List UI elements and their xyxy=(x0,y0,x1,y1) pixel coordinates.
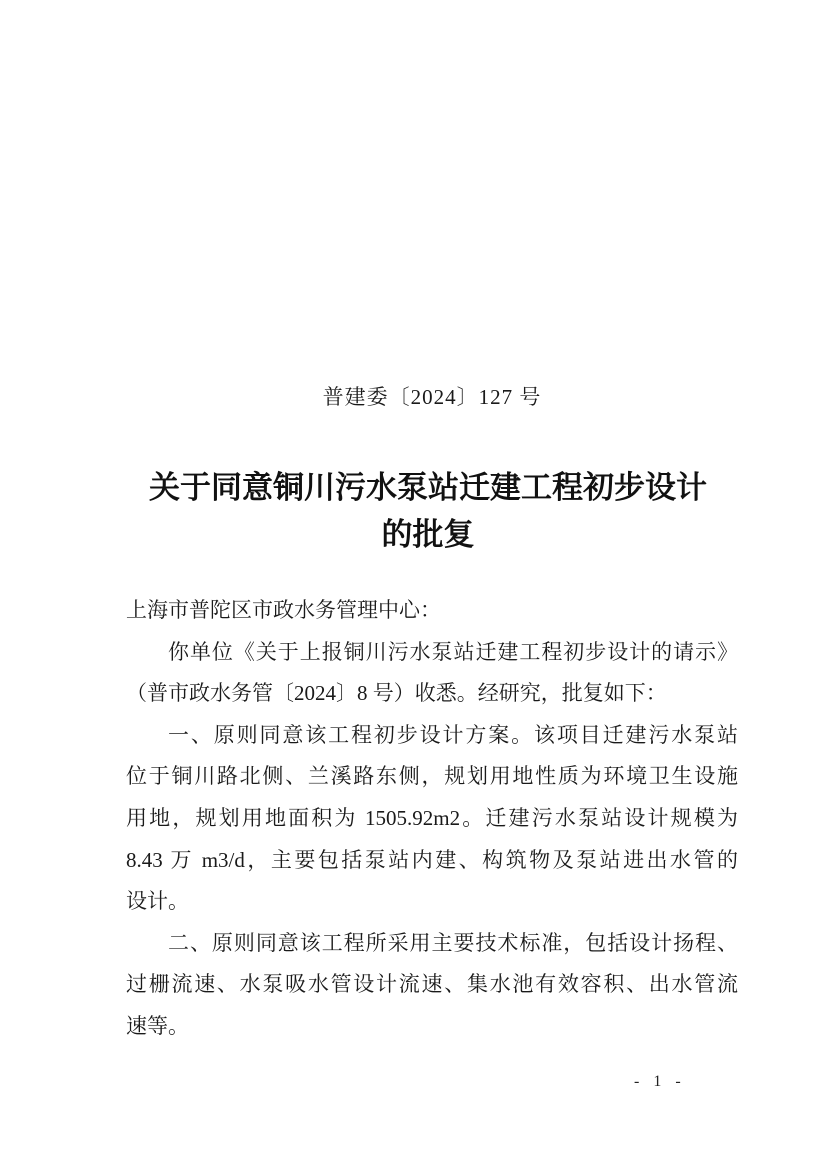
body-line: 用地，规划用地面积为 1505.92m2。迁建污水泵站设计规模为 xyxy=(126,798,738,840)
body-line: 8.43 万 m3/d，主要包括泵站内建、构筑物及泵站进出水管的 xyxy=(126,840,738,882)
body-paragraph-1: 你单位《关于上报铜川污水泵站迁建工程初步设计的请示》 （普市政水务管〔2024〕… xyxy=(126,632,738,715)
addressee-line: 上海市普陀区市政水务管理中心： xyxy=(126,590,738,632)
body-line: 设计。 xyxy=(126,881,738,923)
body-line: 一、原则同意该工程初步设计方案。该项目迁建污水泵站 xyxy=(126,715,738,757)
body-line: 速等。 xyxy=(126,1006,738,1048)
body-line: 位于铜川路北侧、兰溪路东侧，规划用地性质为环境卫生设施 xyxy=(126,756,738,798)
body-line: 过栅流速、水泵吸水管设计流速、集水池有效容积、出水管流 xyxy=(126,964,738,1006)
body-line: （普市政水务管〔2024〕8 号）收悉。经研究，批复如下： xyxy=(126,673,738,715)
document-body: 上海市普陀区市政水务管理中心： 你单位《关于上报铜川污水泵站迁建工程初步设计的请… xyxy=(126,590,738,1048)
doc-number: 普建委〔2024〕127 号 xyxy=(126,381,738,411)
body-line: 你单位《关于上报铜川污水泵站迁建工程初步设计的请示》 xyxy=(126,632,738,674)
body-paragraph-3: 二、原则同意该工程所采用主要技术标准，包括设计扬程、 过栅流速、水泵吸水管设计流… xyxy=(126,923,738,1048)
page-number: - 1 - xyxy=(634,1073,686,1091)
body-line: 二、原则同意该工程所采用主要技术标准，包括设计扬程、 xyxy=(126,923,738,965)
document-page: 普建委〔2024〕127 号 关于同意铜川污水泵站迁建工程初步设计 的批复 上海… xyxy=(0,0,826,1169)
addressee-paragraph: 上海市普陀区市政水务管理中心： xyxy=(126,590,738,632)
document-title: 关于同意铜川污水泵站迁建工程初步设计 的批复 xyxy=(30,464,826,558)
body-paragraph-2: 一、原则同意该工程初步设计方案。该项目迁建污水泵站 位于铜川路北侧、兰溪路东侧，… xyxy=(126,715,738,923)
